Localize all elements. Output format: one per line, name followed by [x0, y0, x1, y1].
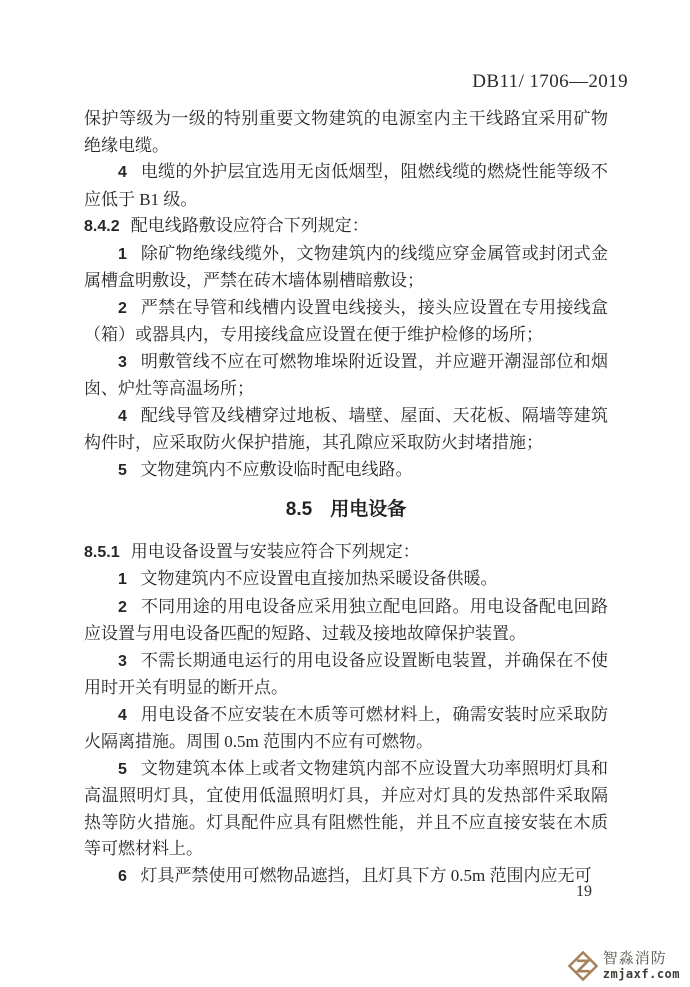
- item-number: 3: [118, 653, 127, 670]
- item-number: 3: [118, 354, 127, 371]
- item-number: 8.4.2: [84, 218, 120, 235]
- list-item-paragraph: 6灯具严禁使用可燃物品遮挡，且灯具下方 0.5m 范围内应无可: [84, 863, 608, 891]
- watermark-text: 智淼消防 zmjaxf.com: [603, 951, 680, 981]
- list-item-paragraph: 5文物建筑内不应敷设临时配电线路。: [84, 457, 608, 485]
- clause-paragraph: 8.5.1用电设备设置与安装应符合下列规定：: [84, 539, 608, 567]
- item-number: 4: [118, 408, 127, 425]
- paragraph-text: 用电设备设置与安装应符合下列规定：: [131, 542, 420, 561]
- item-number: 4: [118, 164, 127, 181]
- paragraph-text: 不同用途的用电设备应采用独立配电回路。用电设备配电回路应设置与用电设备匹配的短路…: [84, 597, 608, 644]
- document-code: DB11/ 1706—2019: [472, 71, 628, 93]
- item-number: 2: [118, 599, 127, 616]
- list-item-paragraph: 4电缆的外护层宜选用无卤低烟型，阻燃线缆的燃烧性能等级不应低于 B1 级。: [84, 159, 608, 213]
- clause-paragraph: 8.4.2配电线路敷设应符合下列规定：: [84, 213, 608, 241]
- list-item-paragraph: 1文物建筑内不应设置电直接加热采暖设备供暖。: [84, 566, 608, 594]
- document-page: DB11/ 1706—2019 保护等级为一级的特别重要文物建筑的电源室内主干线…: [0, 0, 690, 987]
- list-item-paragraph: 2严禁在导管和线槽内设置电线接头，接头应设置在专用接线盒（箱）或器具内，专用接线…: [84, 295, 608, 349]
- list-item-paragraph: 1除矿物绝缘线缆外，文物建筑内的线缆应穿金属管或封闭式金属槽盒明敷设，严禁在砖木…: [84, 241, 608, 295]
- paragraph-text: 文物建筑内不应设置电直接加热采暖设备供暖。: [141, 569, 498, 588]
- item-number: 5: [118, 462, 127, 479]
- paragraph-text: 文物建筑本体上或者文物建筑内部不应设置大功率照明灯具和高温照明灯具，宜使用低温照…: [84, 759, 608, 859]
- z-diamond-icon: [568, 951, 598, 981]
- item-number: 1: [118, 571, 127, 588]
- paragraph-text: 配电线路敷设应符合下列规定：: [131, 216, 369, 235]
- paragraph-text: 灯具严禁使用可燃物品遮挡，且灯具下方 0.5m 范围内应无可: [141, 866, 592, 885]
- item-number: 1: [118, 246, 127, 263]
- section-heading: 8.5用电设备: [84, 497, 608, 524]
- list-item-paragraph: 2不同用途的用电设备应采用独立配电回路。用电设备配电回路应设置与用电设备匹配的短…: [84, 594, 608, 648]
- paragraph-text: 文物建筑内不应敷设临时配电线路。: [141, 460, 413, 479]
- paragraph-text: 用电设备不应安装在木质等可燃材料上，确需安装时应采取防火隔离措施。周围 0.5m…: [84, 705, 608, 752]
- section-number: 8.5: [286, 499, 312, 520]
- list-item-paragraph: 5文物建筑本体上或者文物建筑内部不应设置大功率照明灯具和高温照明灯具，宜使用低温…: [84, 756, 608, 863]
- item-number: 6: [118, 868, 127, 885]
- paragraph-text: 严禁在导管和线槽内设置电线接头，接头应设置在专用接线盒（箱）或器具内，专用接线盒…: [84, 298, 608, 345]
- list-item-paragraph: 3明敷管线不应在可燃物堆垛附近设置，并应避开潮湿部位和烟囱、炉灶等高温场所；: [84, 349, 608, 403]
- item-number: 2: [118, 300, 127, 317]
- body-paragraph: 保护等级为一级的特别重要文物建筑的电源室内主干线路宜采用矿物绝缘电缆。: [84, 106, 608, 159]
- watermark: 智淼消防 zmjaxf.com: [568, 951, 680, 981]
- page-number: 19: [576, 883, 592, 901]
- watermark-brand: 智淼消防: [603, 951, 680, 968]
- paragraph-text: 用电设备: [330, 499, 406, 520]
- paragraph-text: 明敷管线不应在可燃物堆垛附近设置，并应避开潮湿部位和烟囱、炉灶等高温场所；: [84, 352, 608, 399]
- list-item-paragraph: 4配线导管及线槽穿过地板、墙壁、屋面、天花板、隔墙等建筑构件时，应采取防火保护措…: [84, 403, 608, 457]
- item-number: 4: [118, 707, 127, 724]
- paragraph-text: 不需长期通电运行的用电设备应设置断电装置，并确保在不使用时开关有明显的断开点。: [84, 651, 608, 698]
- paragraph-text: 除矿物绝缘线缆外，文物建筑内的线缆应穿金属管或封闭式金属槽盒明敷设，严禁在砖木墙…: [84, 244, 608, 291]
- paragraph-text: 电缆的外护层宜选用无卤低烟型，阻燃线缆的燃烧性能等级不应低于 B1 级。: [84, 162, 608, 209]
- item-number: 5: [118, 761, 127, 778]
- list-item-paragraph: 3不需长期通电运行的用电设备应设置断电装置，并确保在不使用时开关有明显的断开点。: [84, 648, 608, 702]
- paragraph-text: 保护等级为一级的特别重要文物建筑的电源室内主干线路宜采用矿物绝缘电缆。: [84, 109, 608, 155]
- document-body: 保护等级为一级的特别重要文物建筑的电源室内主干线路宜采用矿物绝缘电缆。4电缆的外…: [84, 106, 608, 890]
- watermark-domain: zmjaxf.com: [603, 968, 680, 981]
- paragraph-text: 配线导管及线槽穿过地板、墙壁、屋面、天花板、隔墙等建筑构件时，应采取防火保护措施…: [84, 406, 608, 453]
- item-number: 8.5.1: [84, 544, 120, 561]
- list-item-paragraph: 4用电设备不应安装在木质等可燃材料上，确需安装时应采取防火隔离措施。周围 0.5…: [84, 702, 608, 756]
